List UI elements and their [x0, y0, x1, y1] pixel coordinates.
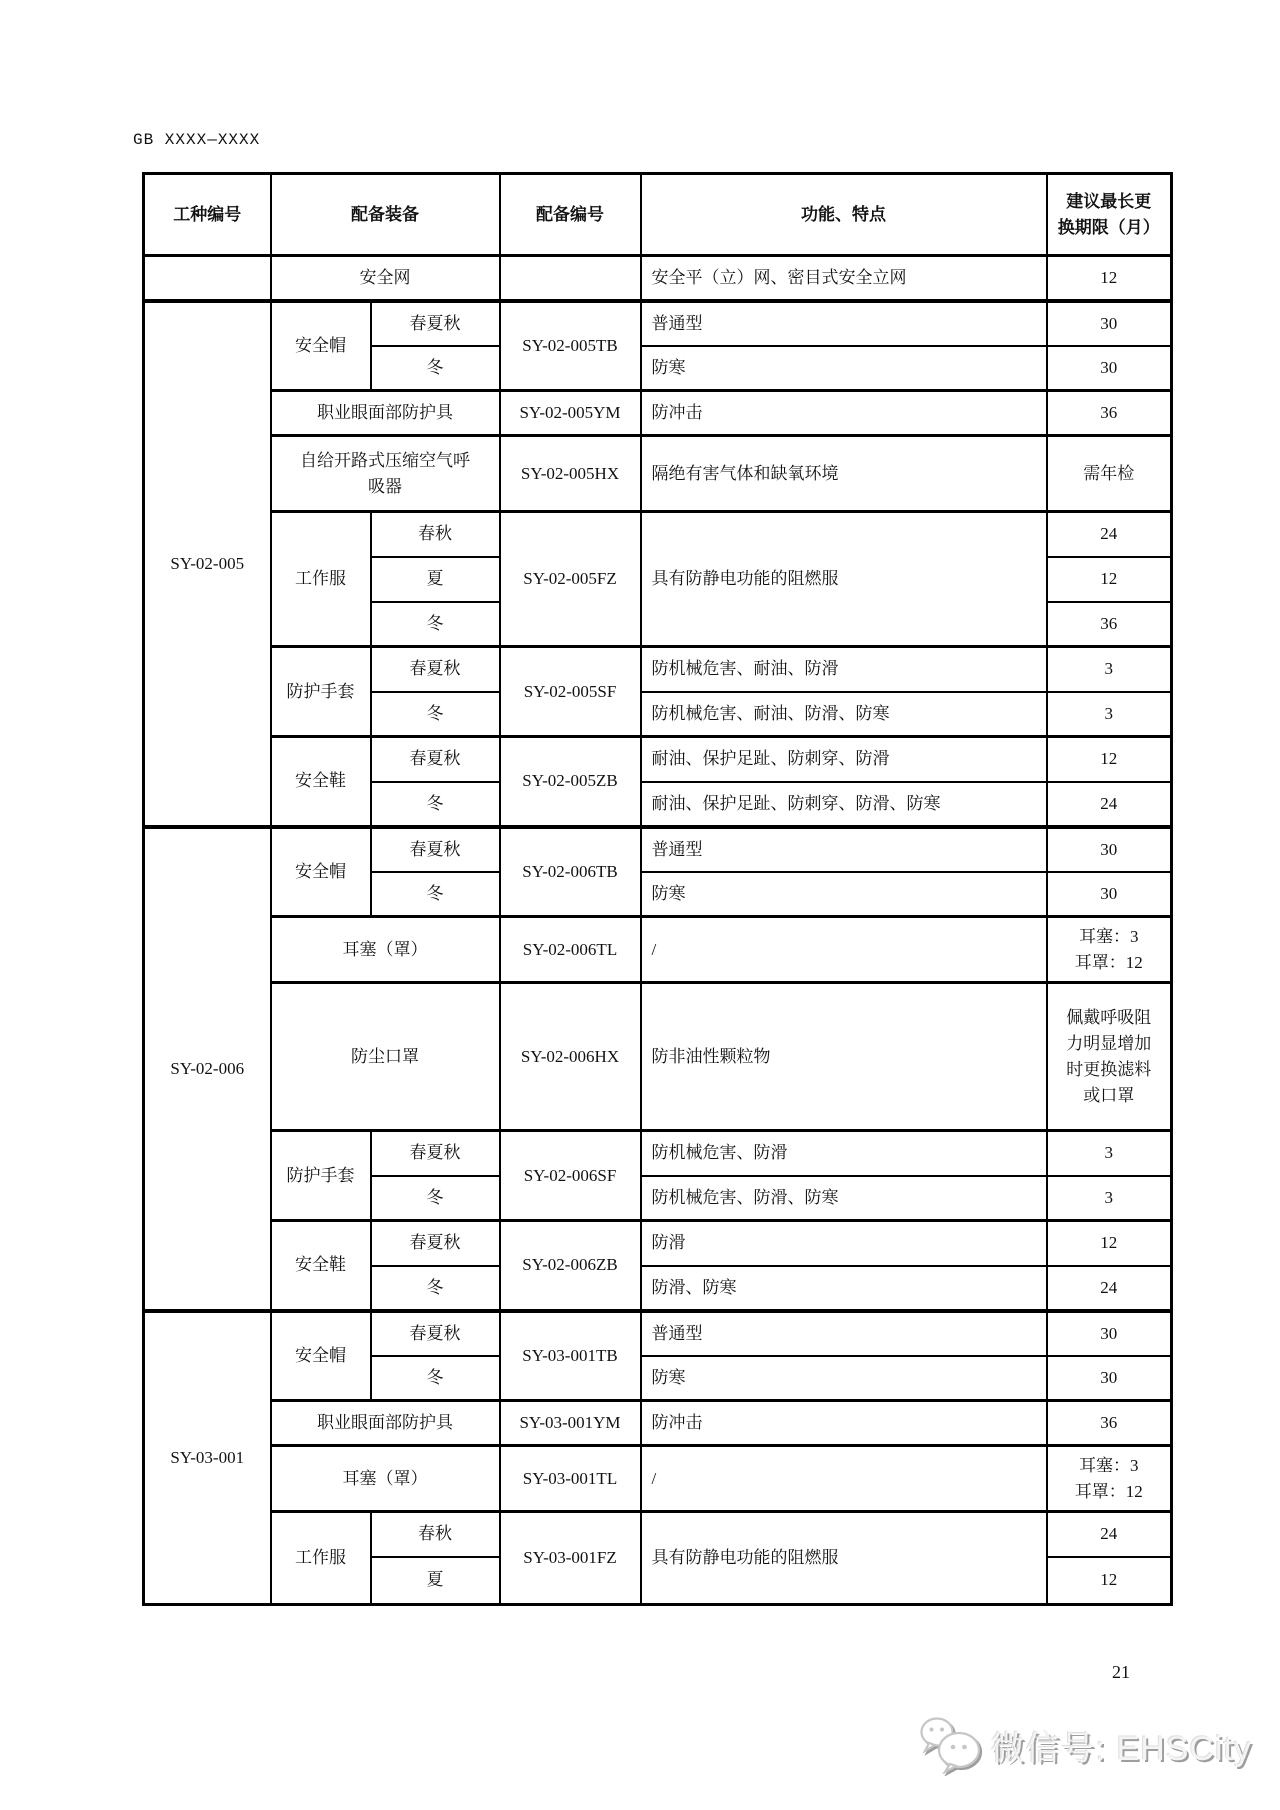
table-row: 工作服春秋SY-02-005FZ具有防静电功能的阻燃服24	[144, 512, 1172, 557]
function-cell: 防非油性颗粒物	[641, 983, 1047, 1131]
table-body: 安全网安全平（立）网、密目式安全立网12SY-02-005安全帽春夏秋SY-02…	[144, 256, 1172, 1605]
code-cell: SY-02-006SF	[500, 1131, 641, 1221]
equipment-cell: 安全帽	[271, 827, 371, 917]
code-cell: SY-02-005ZB	[500, 737, 641, 827]
season-cell: 春夏秋	[371, 827, 500, 872]
period-cell: 30	[1047, 872, 1172, 917]
period-cell: 30	[1047, 1356, 1172, 1401]
function-cell: 耐油、保护足趾、防刺穿、防滑	[641, 737, 1047, 782]
code-cell: SY-02-006ZB	[500, 1221, 641, 1311]
col-header-period: 建议最长更 换期限（月）	[1047, 174, 1172, 256]
table-row: 安全鞋春夏秋SY-02-005ZB耐油、保护足趾、防刺穿、防滑12	[144, 737, 1172, 782]
function-cell: 防机械危害、耐油、防滑、防寒	[641, 692, 1047, 737]
equipment-cell: 防护手套	[271, 647, 371, 737]
page-number: 21	[1112, 1662, 1130, 1683]
wechat-icon	[917, 1716, 983, 1774]
period-cell: 3	[1047, 1176, 1172, 1221]
equipment-cell: 耳塞（罩）	[271, 1446, 500, 1512]
document-page: GB XXXX—XXXX 工种编号 配备装备 配备编号 功能、特点 建议最长更 …	[0, 0, 1280, 1810]
table-row: 自给开路式压缩空气呼 吸器SY-02-005HX隔绝有害气体和缺氧环境需年检	[144, 436, 1172, 512]
code-cell: SY-02-005HX	[500, 436, 641, 512]
season-cell: 春夏秋	[371, 301, 500, 346]
equipment-cell: 防尘口罩	[271, 983, 500, 1131]
equipment-cell: 职业眼面部防护具	[271, 391, 500, 436]
table-row: SY-03-001安全帽春夏秋SY-03-001TB普通型30	[144, 1311, 1172, 1356]
season-cell: 春夏秋	[371, 1131, 500, 1176]
code-cell: SY-02-005YM	[500, 391, 641, 436]
equipment-cell: 自给开路式压缩空气呼 吸器	[271, 436, 500, 512]
function-cell: 防冲击	[641, 391, 1047, 436]
function-cell: 普通型	[641, 301, 1047, 346]
col-header-equipment: 配备装备	[271, 174, 500, 256]
season-cell: 春夏秋	[371, 737, 500, 782]
season-cell: 冬	[371, 346, 500, 391]
period-cell: 24	[1047, 1512, 1172, 1557]
code-cell: SY-03-001TL	[500, 1446, 641, 1512]
season-cell: 冬	[371, 872, 500, 917]
period-cell: 36	[1047, 391, 1172, 436]
watermark-label: 微信号: EHSCity	[991, 1721, 1252, 1770]
table-row: 防护手套春夏秋SY-02-005SF防机械危害、耐油、防滑3	[144, 647, 1172, 692]
table-row: 安全鞋春夏秋SY-02-006ZB防滑12	[144, 1221, 1172, 1266]
period-cell: 24	[1047, 1266, 1172, 1311]
season-cell: 冬	[371, 602, 500, 647]
period-cell: 12	[1047, 1221, 1172, 1266]
season-cell: 春秋	[371, 512, 500, 557]
period-cell: 3	[1047, 647, 1172, 692]
code-cell: SY-02-005SF	[500, 647, 641, 737]
equipment-cell: 安全帽	[271, 1311, 371, 1401]
function-cell: 具有防静电功能的阻燃服	[641, 1512, 1047, 1605]
equipment-cell: 防护手套	[271, 1131, 371, 1221]
col-header-code: 配备编号	[500, 174, 641, 256]
table-row: 工作服春秋SY-03-001FZ具有防静电功能的阻燃服24	[144, 1512, 1172, 1557]
season-cell: 春夏秋	[371, 1221, 500, 1266]
season-cell: 冬	[371, 782, 500, 827]
function-cell: 耐油、保护足趾、防刺穿、防滑、防寒	[641, 782, 1047, 827]
period-cell: 3	[1047, 692, 1172, 737]
period-cell: 24	[1047, 782, 1172, 827]
period-cell: 12	[1047, 256, 1172, 301]
table-row: 职业眼面部防护具SY-03-001YM防冲击36	[144, 1401, 1172, 1446]
function-cell: /	[641, 1446, 1047, 1512]
period-cell: 30	[1047, 827, 1172, 872]
table-row: 安全网安全平（立）网、密目式安全立网12	[144, 256, 1172, 301]
period-cell: 36	[1047, 1401, 1172, 1446]
table-row: 防护手套春夏秋SY-02-006SF防机械危害、防滑3	[144, 1131, 1172, 1176]
function-cell: 防滑、防寒	[641, 1266, 1047, 1311]
function-cell: /	[641, 917, 1047, 983]
function-cell: 防机械危害、防滑	[641, 1131, 1047, 1176]
function-cell: 防机械危害、耐油、防滑	[641, 647, 1047, 692]
table-row: 防尘口罩SY-02-006HX防非油性颗粒物佩戴呼吸阻 力明显增加 时更换滤料 …	[144, 983, 1172, 1131]
season-cell: 夏	[371, 1557, 500, 1605]
season-cell: 春秋	[371, 1512, 500, 1557]
worktype-cell	[144, 256, 271, 301]
period-cell: 36	[1047, 602, 1172, 647]
season-cell: 夏	[371, 557, 500, 602]
watermark: 微信号: EHSCity	[917, 1716, 1252, 1774]
equipment-table: 工种编号 配备装备 配备编号 功能、特点 建议最长更 换期限（月） 安全网安全平…	[142, 172, 1173, 1606]
equipment-cell: 工作服	[271, 1512, 371, 1605]
period-cell: 30	[1047, 1311, 1172, 1356]
equipment-cell: 耳塞（罩）	[271, 917, 500, 983]
period-cell: 30	[1047, 301, 1172, 346]
season-cell: 冬	[371, 1356, 500, 1401]
equipment-cell: 工作服	[271, 512, 371, 647]
season-cell: 冬	[371, 692, 500, 737]
season-cell: 冬	[371, 1266, 500, 1311]
function-cell: 防寒	[641, 872, 1047, 917]
code-cell: SY-03-001TB	[500, 1311, 641, 1401]
function-cell: 隔绝有害气体和缺氧环境	[641, 436, 1047, 512]
equipment-cell: 安全帽	[271, 301, 371, 391]
code-cell: SY-03-001FZ	[500, 1512, 641, 1605]
table-row: SY-02-006安全帽春夏秋SY-02-006TB普通型30	[144, 827, 1172, 872]
code-cell: SY-02-005TB	[500, 301, 641, 391]
worktype-cell: SY-02-006	[144, 827, 271, 1311]
period-cell: 耳塞：3 耳罩：12	[1047, 917, 1172, 983]
code-cell: SY-03-001YM	[500, 1401, 641, 1446]
function-cell: 安全平（立）网、密目式安全立网	[641, 256, 1047, 301]
equipment-cell: 职业眼面部防护具	[271, 1401, 500, 1446]
code-cell: SY-02-005FZ	[500, 512, 641, 647]
doc-code: GB XXXX—XXXX	[133, 131, 260, 149]
table-row: 耳塞（罩）SY-03-001TL/耳塞：3 耳罩：12	[144, 1446, 1172, 1512]
function-cell: 防冲击	[641, 1401, 1047, 1446]
period-cell: 12	[1047, 737, 1172, 782]
season-cell: 春夏秋	[371, 647, 500, 692]
function-cell: 防寒	[641, 346, 1047, 391]
period-cell: 30	[1047, 346, 1172, 391]
code-cell: SY-02-006TB	[500, 827, 641, 917]
function-cell: 具有防静电功能的阻燃服	[641, 512, 1047, 647]
season-cell: 春夏秋	[371, 1311, 500, 1356]
period-cell: 3	[1047, 1131, 1172, 1176]
equipment-cell: 安全网	[271, 256, 500, 301]
function-cell: 防滑	[641, 1221, 1047, 1266]
season-cell: 冬	[371, 1176, 500, 1221]
period-cell: 24	[1047, 512, 1172, 557]
period-cell: 佩戴呼吸阻 力明显增加 时更换滤料 或口罩	[1047, 983, 1172, 1131]
code-cell: SY-02-006TL	[500, 917, 641, 983]
function-cell: 普通型	[641, 827, 1047, 872]
function-cell: 防机械危害、防滑、防寒	[641, 1176, 1047, 1221]
period-cell: 12	[1047, 1557, 1172, 1605]
period-cell: 耳塞：3 耳罩：12	[1047, 1446, 1172, 1512]
col-header-function: 功能、特点	[641, 174, 1047, 256]
period-cell: 需年检	[1047, 436, 1172, 512]
header-row: 工种编号 配备装备 配备编号 功能、特点 建议最长更 换期限（月）	[144, 174, 1172, 256]
table-row: SY-02-005安全帽春夏秋SY-02-005TB普通型30	[144, 301, 1172, 346]
equipment-cell: 安全鞋	[271, 1221, 371, 1311]
function-cell: 防寒	[641, 1356, 1047, 1401]
table-row: 职业眼面部防护具SY-02-005YM防冲击36	[144, 391, 1172, 436]
code-cell	[500, 256, 641, 301]
worktype-cell: SY-02-005	[144, 301, 271, 827]
period-cell: 12	[1047, 557, 1172, 602]
col-header-worktype: 工种编号	[144, 174, 271, 256]
equipment-cell: 安全鞋	[271, 737, 371, 827]
code-cell: SY-02-006HX	[500, 983, 641, 1131]
function-cell: 普通型	[641, 1311, 1047, 1356]
worktype-cell: SY-03-001	[144, 1311, 271, 1605]
table-row: 耳塞（罩）SY-02-006TL/耳塞：3 耳罩：12	[144, 917, 1172, 983]
